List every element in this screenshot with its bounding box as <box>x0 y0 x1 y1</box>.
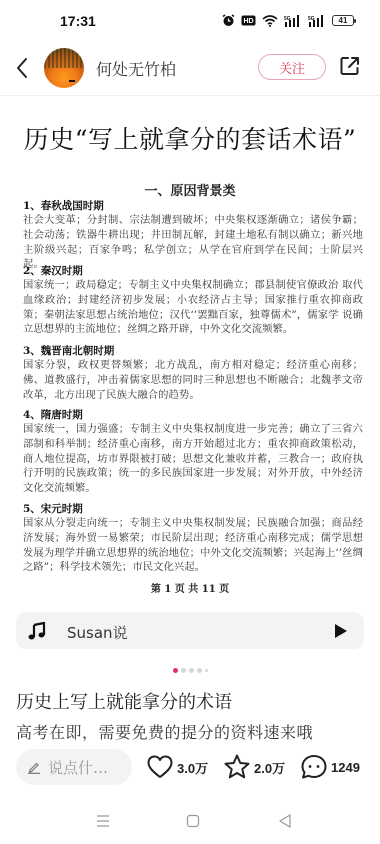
svg-text:HD: HD <box>243 18 253 25</box>
home-square-icon <box>186 814 200 828</box>
share-icon <box>339 55 361 77</box>
page-indicator: 第 1 页 共 11 页 <box>0 580 380 595</box>
play-icon[interactable] <box>334 623 348 639</box>
status-icons: HD 5G 5G 41 <box>222 14 354 27</box>
carousel-dot <box>197 668 202 673</box>
block-title: 3、魏晋南北朝时期 <box>23 344 363 358</box>
back-nav-button[interactable] <box>276 812 294 830</box>
chevron-left-icon <box>15 57 29 79</box>
carousel-dot <box>189 668 194 673</box>
avatar[interactable] <box>44 48 84 88</box>
header: 何处无竹柏 关注 <box>0 40 380 96</box>
author-name[interactable]: 何处无竹柏 <box>96 57 176 80</box>
block-title: 2、秦汉时期 <box>23 264 363 278</box>
document-block: 4、隋唐时期 国家统一，国力强盛；专制主义中央集权制度进一步完善；确立了三省六部… <box>23 408 363 496</box>
status-bar: 17:31 HD 5G 5G 41 <box>0 0 380 40</box>
document-section-heading: 一、原因背景类 <box>0 180 380 199</box>
carousel-dot-active <box>173 668 178 673</box>
comment-button[interactable]: 1249 <box>300 753 360 781</box>
follow-button[interactable]: 关注 <box>258 54 326 80</box>
block-text: 国家从分裂走向统一；专制主义中央集权制发展；民族融合加强；商品经济发展；海外贸一… <box>23 516 363 575</box>
block-title: 5、宋元时期 <box>23 502 363 516</box>
back-triangle-icon <box>278 813 292 829</box>
document-title: 历史“写上就拿分的套话术语” <box>0 120 380 156</box>
like-button[interactable]: 3.0万 <box>146 753 208 781</box>
favorite-button[interactable]: 2.0万 <box>223 753 285 781</box>
music-note-icon <box>27 621 47 641</box>
carousel-dot <box>205 669 208 672</box>
action-bar: 说点什… 3.0万 2.0万 1249 <box>0 739 380 797</box>
audio-label: Susan说 <box>67 622 128 643</box>
block-title: 4、隋唐时期 <box>23 408 363 422</box>
menu-icon <box>95 814 111 828</box>
document-block: 3、魏晋南北朝时期 国家分裂，政权更替频繁；北方战乱，南方相对稳定；经济重心南移… <box>23 344 363 402</box>
wifi-icon <box>262 15 278 27</box>
document-block: 2、秦汉时期 国家统一；政局稳定；专制主义中央集权制确立；郡县制使官僚政治 取代… <box>23 264 363 337</box>
document-image[interactable]: 历史“写上就拿分的套话术语” 一、原因背景类 1、春秋战国时期 社会大变革；分封… <box>0 100 380 600</box>
block-text: 国家分裂，政权更替频繁；北方战乱，南方相对稳定；经济重心南移；佛、道教盛行，冲击… <box>23 358 363 402</box>
like-count: 3.0万 <box>177 758 208 777</box>
carousel-dot <box>181 668 186 673</box>
document-block: 5、宋元时期 国家从分裂走向统一；专制主义中央集权制发展；民族融合加强；商品经济… <box>23 502 363 575</box>
5g-signal-icon: 5G <box>308 15 326 27</box>
hd-icon: HD <box>241 15 256 26</box>
document-block: 1、春秋战国时期 社会大变革；分封制、宗法制遭到破坏；中央集权逐渐确立；诸侯争霸… <box>23 199 363 272</box>
block-text: 国家统一；政局稳定；专制主义中央集权制确立；郡县制使官僚政治 取代血缘政治；封建… <box>23 278 363 337</box>
pencil-icon <box>27 760 41 774</box>
block-title: 1、春秋战国时期 <box>23 199 363 213</box>
alarm-icon <box>222 14 235 27</box>
carousel-indicator <box>0 668 380 673</box>
audio-player[interactable]: Susan说 <box>16 612 364 649</box>
status-time: 17:31 <box>60 13 96 29</box>
star-icon <box>223 753 251 781</box>
comment-placeholder: 说点什… <box>48 757 108 778</box>
comment-bubble-icon <box>300 753 328 781</box>
post-title: 历史上写上就能拿分的术语 <box>16 688 232 714</box>
system-nav-bar <box>0 808 380 834</box>
block-text: 国家统一，国力强盛；专制主义中央集权制度进一步完善；确立了三省六部制和科举制；经… <box>23 422 363 496</box>
comment-count: 1249 <box>331 760 360 775</box>
back-button[interactable] <box>10 54 34 82</box>
comment-input[interactable]: 说点什… <box>16 749 132 785</box>
share-button[interactable] <box>338 54 362 78</box>
5g-signal-icon: 5G <box>284 15 302 27</box>
menu-button[interactable] <box>94 812 112 830</box>
home-button[interactable] <box>184 812 202 830</box>
favorite-count: 2.0万 <box>254 758 285 777</box>
battery-icon: 41 <box>332 15 354 26</box>
heart-icon <box>146 753 174 781</box>
